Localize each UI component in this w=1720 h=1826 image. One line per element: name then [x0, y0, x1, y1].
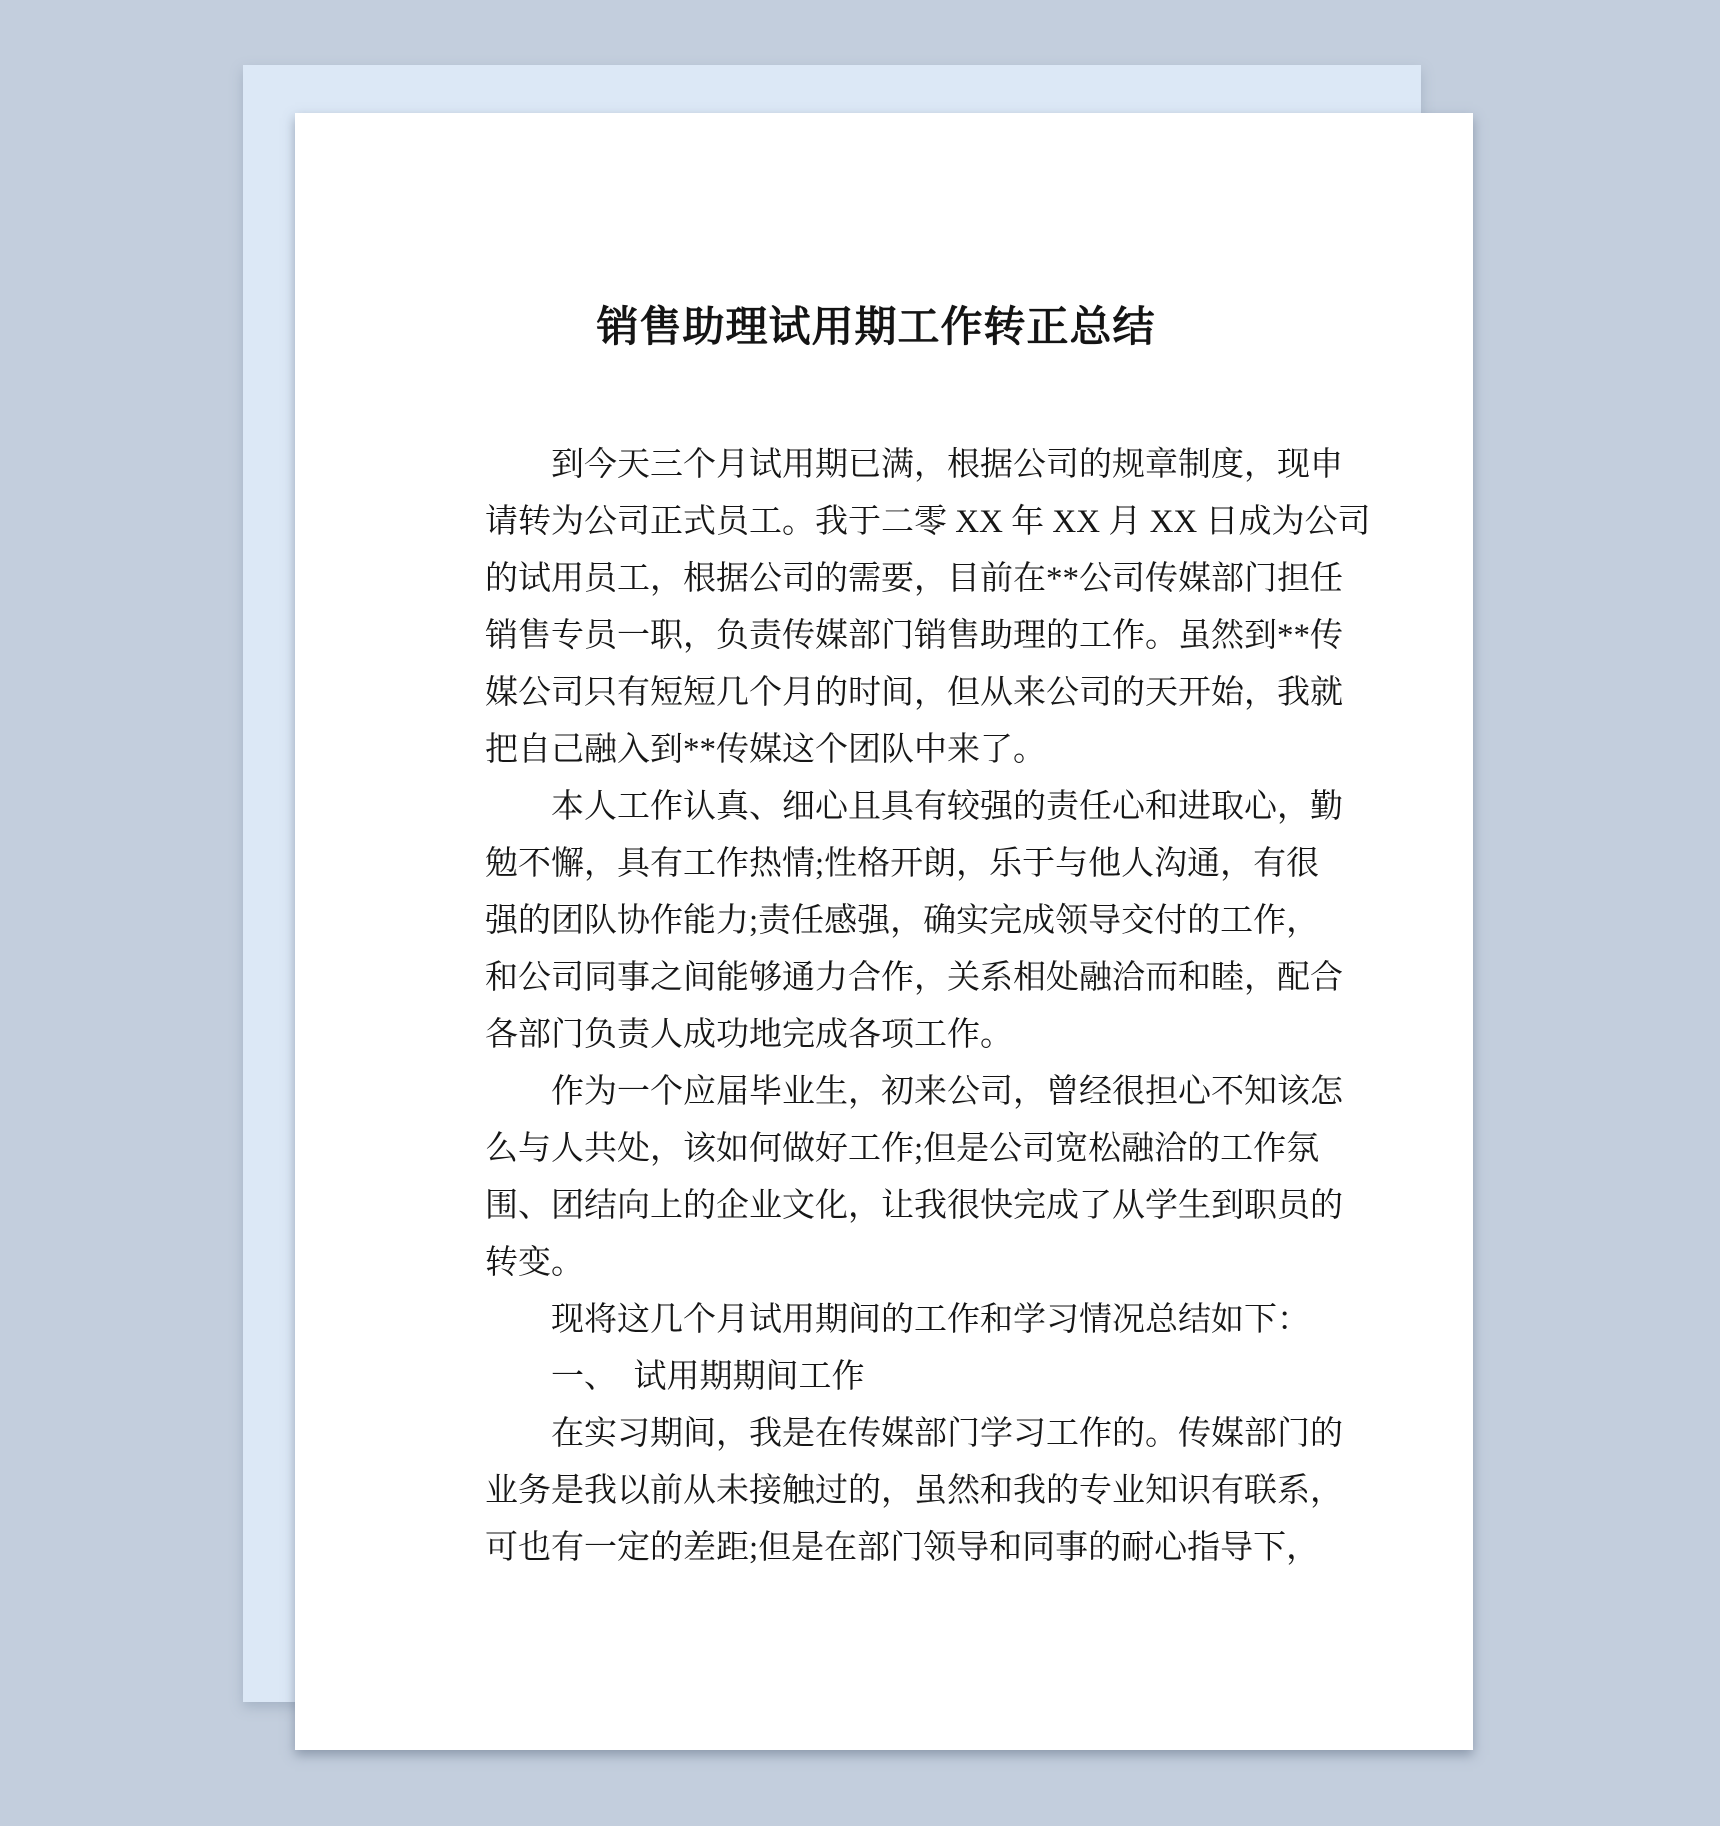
- document-line: 么与人共处，该如何做好工作;但是公司宽松融洽的工作氛: [485, 1121, 1267, 1178]
- document-preview-background: 销售助理试用期工作转正总结 到今天三个月试用期已满，根据公司的规章制度，现申请转…: [0, 0, 1720, 1826]
- document-line: 把自己融入到**传媒这个团队中来了。: [485, 722, 1267, 779]
- document-line: 各部门负责人成功地完成各项工作。: [485, 1007, 1267, 1064]
- document-line: 强的团队协作能力;责任感强，确实完成领导交付的工作，: [485, 893, 1267, 950]
- document-line: 和公司同事之间能够通力合作，关系相处融洽而和睦，配合: [485, 950, 1267, 1007]
- document-line: 围、团结向上的企业文化，让我很快完成了从学生到职员的: [485, 1178, 1267, 1235]
- document-line: 请转为公司正式员工。我于二零 XX 年 XX 月 XX 日成为公司: [485, 494, 1267, 551]
- paragraph: 到今天三个月试用期已满，根据公司的规章制度，现申请转为公司正式员工。我于二零 X…: [485, 437, 1267, 779]
- paragraph: 作为一个应届毕业生，初来公司，曾经很担心不知该怎么与人共处，该如何做好工作;但是…: [485, 1064, 1267, 1292]
- document-line: 现将这几个月试用期间的工作和学习情况总结如下：: [485, 1292, 1267, 1349]
- document-line: 的试用员工，根据公司的需要，目前在**公司传媒部门担任: [485, 551, 1267, 608]
- document-line: 到今天三个月试用期已满，根据公司的规章制度，现申: [485, 437, 1267, 494]
- document-line: 本人工作认真、细心且具有较强的责任心和进取心，勤: [485, 779, 1267, 836]
- document-line: 在实习期间，我是在传媒部门学习工作的。传媒部门的: [485, 1406, 1267, 1463]
- document-page: 销售助理试用期工作转正总结 到今天三个月试用期已满，根据公司的规章制度，现申请转…: [295, 113, 1473, 1750]
- document-body: 到今天三个月试用期已满，根据公司的规章制度，现申请转为公司正式员工。我于二零 X…: [485, 437, 1267, 1577]
- document-line: 一、 试用期期间工作: [485, 1349, 1267, 1406]
- document-line: 作为一个应届毕业生，初来公司，曾经很担心不知该怎: [485, 1064, 1267, 1121]
- paragraph: 在实习期间，我是在传媒部门学习工作的。传媒部门的业务是我以前从未接触过的，虽然和…: [485, 1406, 1267, 1577]
- paragraph: 一、 试用期期间工作: [485, 1349, 1267, 1406]
- document-line: 可也有一定的差距;但是在部门领导和同事的耐心指导下，: [485, 1520, 1267, 1577]
- document-line: 转变。: [485, 1235, 1267, 1292]
- document-line: 媒公司只有短短几个月的时间，但从来公司的天开始，我就: [485, 665, 1267, 722]
- document-line: 勉不懈，具有工作热情;性格开朗，乐于与他人沟通，有很: [485, 836, 1267, 893]
- document-line: 业务是我以前从未接触过的，虽然和我的专业知识有联系，: [485, 1463, 1267, 1520]
- document-line: 销售专员一职，负责传媒部门销售助理的工作。虽然到**传: [485, 608, 1267, 665]
- paragraph: 现将这几个月试用期间的工作和学习情况总结如下：: [485, 1292, 1267, 1349]
- paragraph: 本人工作认真、细心且具有较强的责任心和进取心，勤勉不懈，具有工作热情;性格开朗，…: [485, 779, 1267, 1064]
- document-title: 销售助理试用期工作转正总结: [485, 303, 1267, 351]
